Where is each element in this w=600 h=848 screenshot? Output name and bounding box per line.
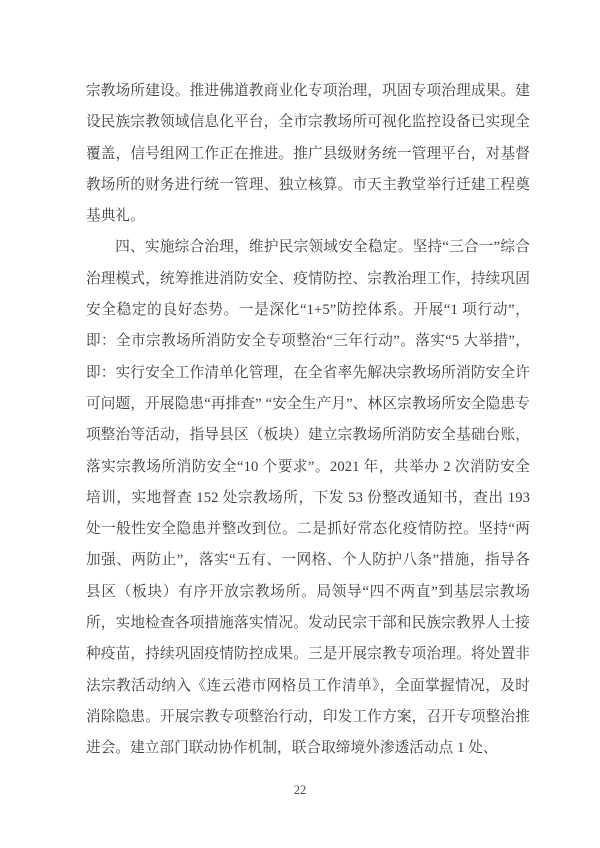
document-text-block: 宗教场所建设。推进佛道教商业化专项治理，巩固专项治理成果。建设民族宗教领域信息化… bbox=[86, 76, 530, 765]
body-paragraph-section-four: 四、实施综合治理，维护民宗领域安全稳定。坚持“三合一”综合治理模式，统筹推进消防… bbox=[86, 232, 530, 764]
body-paragraph-continuation: 宗教场所建设。推进佛道教商业化专项治理，巩固专项治理成果。建设民族宗教领域信息化… bbox=[86, 76, 530, 232]
document-page: 宗教场所建设。推进佛道教商业化专项治理，巩固专项治理成果。建设民族宗教领域信息化… bbox=[0, 0, 600, 848]
page-number: 22 bbox=[0, 782, 600, 798]
